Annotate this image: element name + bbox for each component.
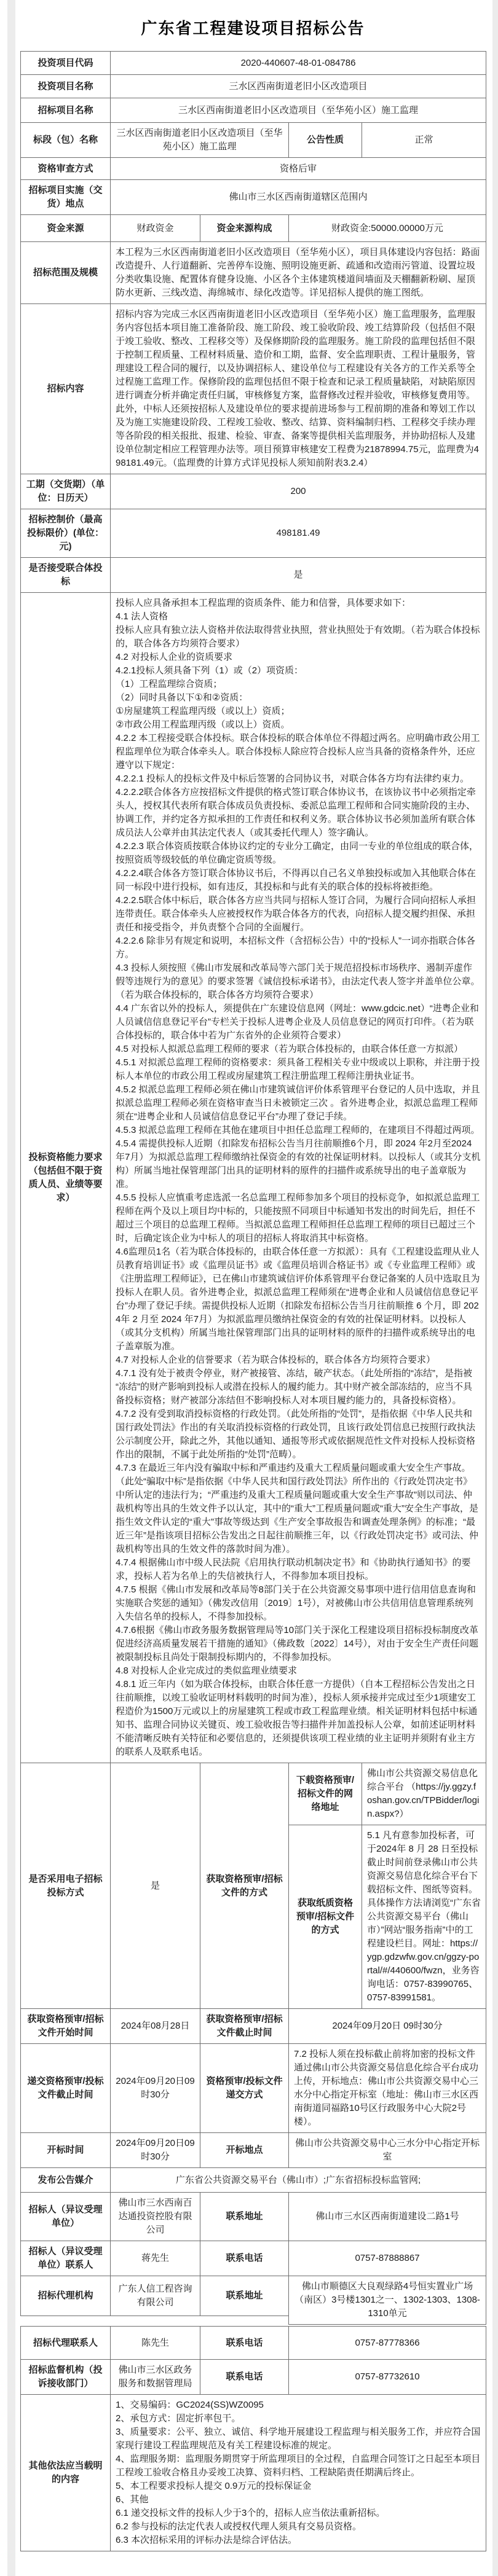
tender-table-main: 投资项目代码 2020-440607-48-01-084786 投资项目名称 三… bbox=[20, 51, 486, 2325]
label-bid-opening-time: 开标时间 bbox=[21, 2133, 111, 2168]
value-bid-opening-place: 佛山市公共资源交易中心三水分中心指定开标室 bbox=[289, 2133, 486, 2168]
value-fund-composition: 财政资金:50000.00000万元 bbox=[289, 215, 486, 242]
page-edge-right bbox=[492, 0, 498, 2576]
label-paper-documents-method: 获取纸质资格预审/招标文件的方式 bbox=[289, 1825, 362, 2009]
label-tender-content: 招标内容 bbox=[21, 304, 111, 474]
label-fund-composition: 资金来源构成 bbox=[200, 215, 289, 242]
announcement-document: 广东省工程建设项目招标公告 投资项目代码 2020-440607-48-01-0… bbox=[0, 0, 486, 2576]
label-consortium-accepted: 是否接受联合体投标 bbox=[21, 558, 111, 593]
label-tender-name: 招标项目名称 bbox=[21, 98, 111, 123]
label-delivery-location: 招标项目实施（交货）地点 bbox=[21, 180, 111, 215]
label-tenderer: 招标人（异议受理单位） bbox=[21, 2193, 111, 2241]
table-seam-spacer bbox=[21, 2316, 289, 2324]
label-fund-source: 资金来源 bbox=[21, 215, 111, 242]
page-title: 广东省工程建设项目招标公告 bbox=[20, 16, 486, 39]
value-agency: 广东人信工程咨询有限公司 bbox=[111, 2276, 200, 2316]
value-announcement-media: 广东省公共资源交易平台（佛山市）;广东省招标投标监管网; bbox=[111, 2168, 486, 2193]
value-fund-source: 财政资金 bbox=[111, 215, 200, 242]
value-invest-code: 2020-440607-48-01-084786 bbox=[111, 52, 486, 75]
value-tenderer-address: 佛山市三水区西南街道建设二路1号 bbox=[289, 2193, 486, 2241]
value-qualification-review: 资格后审 bbox=[111, 158, 486, 180]
label-supervision-authority: 招标监督机构（投诉接收部门） bbox=[21, 2360, 111, 2395]
label-duration: 工期（交货期）（单位：日历天） bbox=[21, 474, 111, 509]
label-bid-opening-place: 开标地点 bbox=[200, 2133, 289, 2168]
value-tenderer-contact: 蒋先生 bbox=[111, 2241, 200, 2276]
label-tender-scope: 招标范围及规模 bbox=[21, 242, 111, 304]
label-obtain-start-time: 获取资格预审/招标文件开始时间 bbox=[21, 2009, 111, 2044]
label-tenderer-contact: 招标人（异议受理单位）联系人 bbox=[21, 2241, 111, 2276]
value-submission-method: 7.2 投标人须在投标截止前将加密的投标文件通过佛山市公共资源交易信息化综合平台… bbox=[289, 2044, 486, 2133]
label-price-ceiling: 招标控制价（最高投标限价）(单位：元) bbox=[21, 509, 111, 558]
value-invest-name: 三水区西南街道老旧小区改造项目 bbox=[111, 75, 486, 98]
value-obtain-start-time: 2024年08月28日 bbox=[111, 2009, 200, 2044]
value-electronic-bidding: 是 bbox=[111, 1763, 200, 2009]
value-notice-nature: 正常 bbox=[362, 123, 486, 158]
value-bidder-qualification: 投标人应具备承担本工程监理的资质条件、能力和信誉，具体要求如下： 4.1 法人资… bbox=[111, 593, 486, 1763]
label-obtain-documents-method: 获取资格预审/招标文件的方式 bbox=[200, 1763, 289, 2009]
value-agency-address: 佛山市顺德区大良观绿路4号恒实置业广场（南区）3号楼1301之一、1302-13… bbox=[289, 2276, 486, 2325]
value-consortium-accepted: 是 bbox=[111, 558, 486, 593]
value-tenderer-phone: 0757-87888867 bbox=[289, 2241, 486, 2276]
value-section-name: 三水区西南街道老旧小区改造项目（至华苑小区）施工监理 bbox=[111, 123, 289, 158]
label-other-contents: 其他依法应当载明的内容 bbox=[21, 2395, 111, 2551]
label-tenderer-address: 联系地址 bbox=[200, 2193, 289, 2241]
value-bid-opening-time: 2024年09月20日09时30分 bbox=[111, 2133, 200, 2168]
label-electronic-bidding: 是否采用电子招标投标方式 bbox=[21, 1763, 111, 2009]
label-submission-deadline: 递交资格预审/投标文件截止时间 bbox=[21, 2044, 111, 2133]
label-tenderer-phone: 联系电话 bbox=[200, 2241, 289, 2276]
value-price-ceiling: 498181.49 bbox=[111, 509, 486, 558]
value-tender-content: 招标内容为完成三水区西南街道老旧小区改造项目（至华苑小区）施工监理服务，监理服务… bbox=[111, 304, 486, 474]
label-notice-nature: 公告性质 bbox=[289, 123, 362, 158]
value-delivery-location: 佛山市三水区西南街道辖区范围内 bbox=[111, 180, 486, 215]
page: 广东省工程建设项目招标公告 投资项目代码 2020-440607-48-01-0… bbox=[0, 0, 498, 2576]
label-invest-code: 投资项目代码 bbox=[21, 52, 111, 75]
label-qualification-review: 资格审查方式 bbox=[21, 158, 111, 180]
value-download-address: 佛山市公共资源交易信息化综合平台 （https://jy.ggzy.foshan… bbox=[362, 1763, 486, 1825]
value-tender-scope: 本工程为三水区西南街道老旧小区改造项目（至华苑小区），项目具体建设内容包括：路面… bbox=[111, 242, 486, 304]
tender-table-contacts: 招标代理联系人 陈先生 联系电话 0757-87778366 招标监督机构（投诉… bbox=[20, 2326, 486, 2551]
label-download-address: 下载资格预审/招标文件的网络地址 bbox=[289, 1763, 362, 1825]
label-announcement-media: 发布公告媒介 bbox=[21, 2168, 111, 2193]
label-section-name: 标段（包）名称 bbox=[21, 123, 111, 158]
label-invest-name: 投资项目名称 bbox=[21, 75, 111, 98]
value-tender-name: 三水区西南街道老旧小区改造项目（至华苑小区）施工监理 bbox=[111, 98, 486, 123]
value-agency-contact: 陈先生 bbox=[111, 2327, 200, 2360]
label-agency: 招标代理机构 bbox=[21, 2276, 111, 2316]
label-agency-contact: 招标代理联系人 bbox=[21, 2327, 111, 2360]
value-supervision-phone: 0757-87732610 bbox=[289, 2360, 486, 2395]
value-submission-deadline: 2024年09月20日09时30分 bbox=[111, 2044, 200, 2133]
label-bidder-qualification: 投标资格能力要求（包括但不限于资质人员、业绩等要求） bbox=[21, 593, 111, 1763]
value-supervision-authority: 佛山市三水区政务服务和数据管理局 bbox=[111, 2360, 200, 2395]
label-agency-address: 联系地址 bbox=[200, 2276, 289, 2316]
value-tenderer: 佛山市三水西南百达通投资控股有限公司 bbox=[111, 2193, 200, 2241]
label-supervision-phone: 联系电话 bbox=[200, 2360, 289, 2395]
value-obtain-deadline: 2024年09月20日 09时30分 bbox=[289, 2009, 486, 2044]
value-other-contents: 1、交易编码：GC2024(SS)WZ0095 2、承包方式：固定折率包干。 3… bbox=[111, 2395, 486, 2551]
label-submission-method: 资格预审/投标文件递交方式 bbox=[200, 2044, 289, 2133]
value-paper-documents-method: 5.1 凡有意参加投标者，可于2024年 8 月 28 日至投标截止时间前登录佛… bbox=[362, 1825, 486, 2009]
label-obtain-deadline: 获取资格预审/招标文件截止时间 bbox=[200, 2009, 289, 2044]
value-agency-phone: 0757-87778366 bbox=[289, 2327, 486, 2360]
label-agency-phone: 联系电话 bbox=[200, 2327, 289, 2360]
value-duration: 200 bbox=[111, 474, 486, 509]
